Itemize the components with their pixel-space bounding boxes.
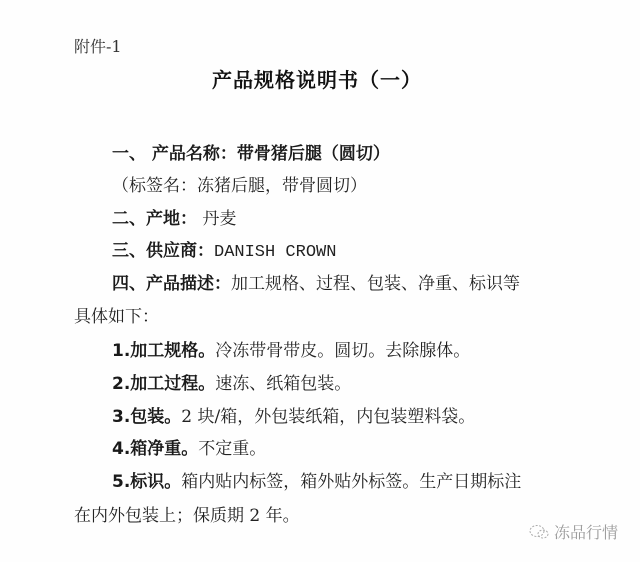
attachment-label: 附件-1 [74,36,122,58]
origin-value: 丹麦 [202,209,236,229]
item-1-label: 1.加工规格。 [112,341,215,361]
item-4-text: 不定重。 [198,439,266,459]
item-1-text: 冷冻带骨带皮。圆切。去除腺体。 [215,341,470,361]
watermark-text: 冻品行情 [554,520,618,543]
origin-line: 二、产地： 丹麦 [112,208,236,230]
document-title: 产品规格说明书（一） [212,69,422,91]
description-continuation: 具体如下： [74,306,159,328]
item-3: 3.包装。2 块/箱，外包装纸箱，内包装塑料袋。 [112,406,475,428]
supplier-value: DANISH CROWN [214,243,336,262]
product-name-value: 带骨猪后腿（圆切） [237,144,390,164]
origin-heading: 二、产地： [112,209,197,229]
label-name-line: （标签名：冻猪后腿，带骨圆切） [112,175,367,197]
item-4-label: 4.箱净重。 [112,439,198,459]
item-5-text: 箱内贴内标签，箱外贴外标签。生产日期标注 [181,472,521,492]
product-name-line: 一、 产品名称：带骨猪后腿（圆切） [112,143,390,165]
wechat-logo-icon [528,524,550,540]
item-2: 2.加工过程。速冻、纸箱包装。 [112,373,351,395]
item-2-label: 2.加工过程。 [112,374,215,394]
item-4: 4.箱净重。不定重。 [112,438,266,460]
item-3-text: 2 块/箱，外包装纸箱，内包装塑料袋。 [181,407,475,427]
item-3-label: 3.包装。 [112,407,181,427]
description-heading: 四、产品描述： [112,274,231,294]
description-line: 四、产品描述：加工规格、过程、包装、净重、标识等 [112,273,520,295]
item-5: 5.标识。箱内贴内标签，箱外贴外标签。生产日期标注 [112,471,521,493]
item-2-text: 速冻、纸箱包装。 [215,374,351,394]
document-page: 附件-1 产品规格说明书（一） 一、 产品名称：带骨猪后腿（圆切） （标签名：冻… [0,0,640,562]
supplier-line: 三、供应商：DANISH CROWN [112,240,336,264]
item-5-label: 5.标识。 [112,472,181,492]
item-5-continuation: 在内外包装上；保质期 2 年。 [74,505,300,527]
product-name-heading: 一、 产品名称： [112,144,237,164]
description-value: 加工规格、过程、包装、净重、标识等 [231,274,520,294]
supplier-heading: 三、供应商： [112,241,214,261]
watermark: 冻品行情 [528,520,618,543]
item-1: 1.加工规格。冷冻带骨带皮。圆切。去除腺体。 [112,340,470,362]
